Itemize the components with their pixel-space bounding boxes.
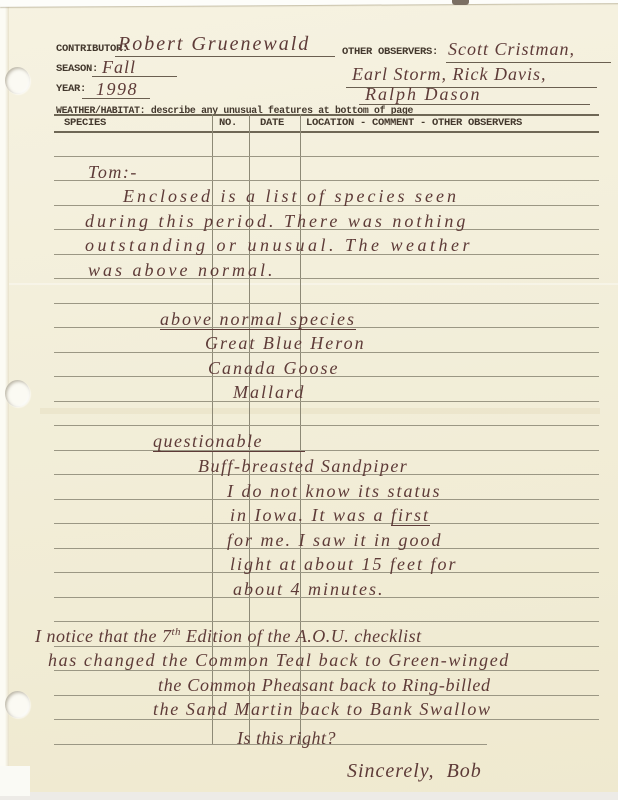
questionable-heading-text: questionable <box>153 431 305 452</box>
species-item-1: Great Blue Heron <box>205 332 366 354</box>
paper-shadow-band <box>40 408 600 414</box>
questionable-species: Buff-breasted Sandpiper <box>198 455 408 477</box>
letter-body-line-1: Enclosed is a list of species seen <box>123 185 459 207</box>
letter-body-line-3: outstanding or unusual. The weather <box>85 234 473 256</box>
note-line-4: light at about 15 feet for <box>230 553 458 575</box>
punch-hole-bottom <box>5 691 30 718</box>
note-line-2-text: in Iowa. It was a <box>230 505 391 525</box>
aou-line-2: has changed the Common Teal back to Gree… <box>48 649 510 671</box>
aou-line-1-text-b: Edition of the A.O.U. checklist <box>181 626 422 646</box>
contributor-value-handwriting: Robert Gruenewald <box>118 33 310 55</box>
scan-background-bottom <box>0 792 618 800</box>
scan-notch-mark <box>452 0 469 5</box>
paper-top-edge <box>0 0 618 7</box>
note-line-3: for me. I saw it in good <box>227 529 443 551</box>
aou-line-1-text-a: I notice that the 7 <box>35 626 171 646</box>
signature-text: Bob <box>447 760 482 782</box>
column-header-no: NO. <box>219 117 237 129</box>
species-item-3: Mallard <box>233 381 305 403</box>
observers-handwriting-3: Ralph Dason <box>365 83 482 105</box>
aou-line-1: I notice that the 7th Edition of the A.O… <box>35 621 422 647</box>
aou-question: Is this right? <box>237 727 336 749</box>
aou-line-4: the Sand Martin back to Bank Swallow <box>153 698 492 720</box>
table-header-bottom-rule <box>54 131 599 133</box>
note-line-2-underlined-word: first <box>391 505 430 526</box>
paper-crease <box>0 283 618 285</box>
observers-handwriting-1: Scott Cristman, <box>448 38 575 60</box>
rule-line <box>54 425 599 426</box>
season-value-handwriting: Fall <box>102 56 136 78</box>
punch-hole-top <box>5 67 30 94</box>
note-line-5: about 4 minutes. <box>233 578 385 600</box>
other-observers-label: OTHER OBSERVERS: <box>342 46 438 58</box>
season-label: SEASON: <box>56 63 98 75</box>
rule-line <box>54 156 599 157</box>
closing-text: Sincerely, <box>347 760 435 782</box>
column-header-species: SPECIES <box>64 117 106 129</box>
column-header-date: DATE <box>260 117 284 129</box>
above-normal-heading: above normal species <box>160 308 356 330</box>
table-header-top-rule <box>54 114 599 116</box>
note-line-2: in Iowa. It was a first <box>230 504 430 526</box>
year-value-handwriting: 1998 <box>96 78 138 100</box>
paper-bottom-left-corner <box>0 766 30 796</box>
punch-hole-middle <box>5 380 30 407</box>
year-label: YEAR: <box>56 83 86 95</box>
rule-line <box>54 303 599 304</box>
species-item-2: Canada Goose <box>208 357 340 379</box>
questionable-heading: questionable <box>153 430 305 452</box>
scanned-field-notes-document: CONTRIBUTOR: SEASON: YEAR: OTHER OBSERVE… <box>0 0 618 800</box>
rule-line <box>54 450 599 451</box>
observers-handwriting-2: Earl Storm, Rick Davis, <box>352 63 546 85</box>
letter-closing: Sincerely, Bob <box>347 760 482 782</box>
aou-line-3: the Common Pheasant back to Ring-billed <box>158 674 491 696</box>
rule-line <box>54 401 599 402</box>
note-line-1: I do not know its status <box>227 480 442 502</box>
column-header-location: LOCATION - COMMENT - OTHER OBSERVERS <box>306 117 522 129</box>
letter-body-line-2: during this period. There was nothing <box>85 210 468 232</box>
letter-salutation: Tom:- <box>88 161 138 183</box>
above-normal-heading-text: above normal species <box>160 309 356 330</box>
aou-line-1-superscript: th <box>171 626 181 638</box>
contributor-underline <box>115 56 335 57</box>
letter-body-line-4: was above normal. <box>88 259 276 281</box>
